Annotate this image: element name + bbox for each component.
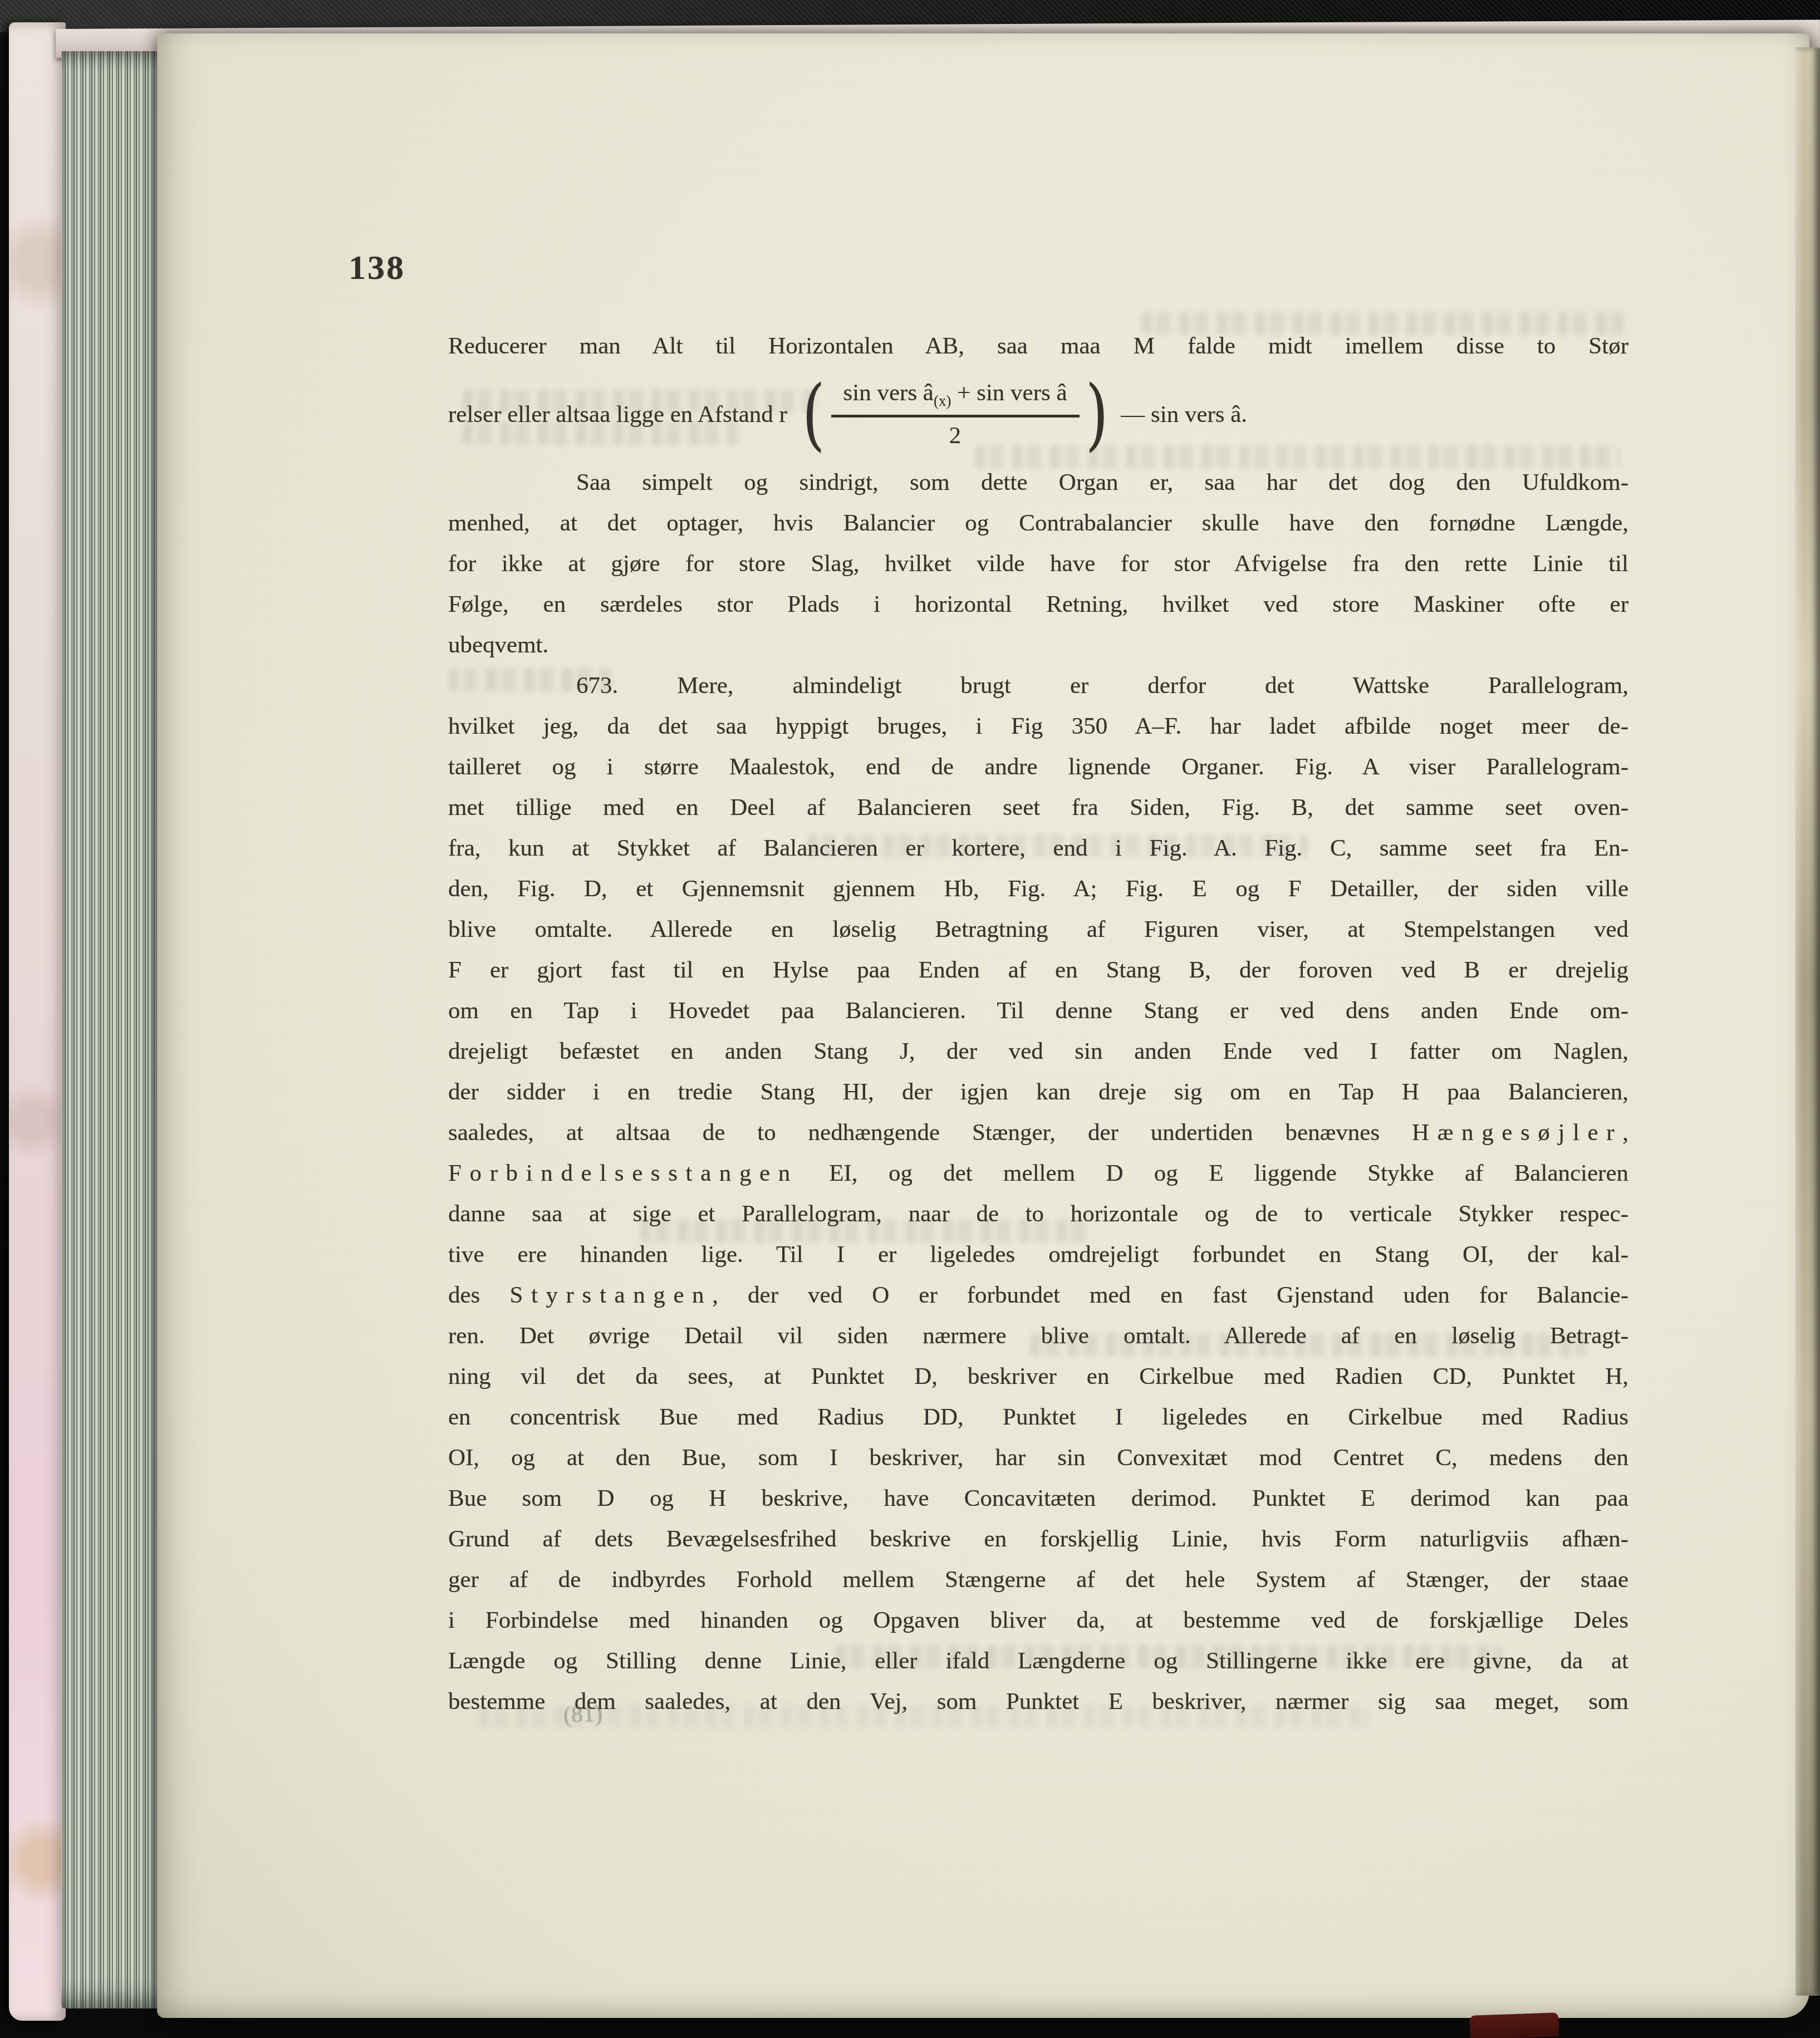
book-cover-edge-left (9, 22, 66, 2021)
text-segment: Forbindelsesstangen (448, 1160, 798, 1186)
formula-suffix: — sin vers â. (1121, 401, 1247, 428)
text-segment: ubeqvemt. (448, 632, 548, 658)
text-segment: den, Fig. D, et Gjennemsnit gjennem Hb, … (448, 876, 1628, 902)
text-line: menhed, at det optager, hvis Balancier o… (448, 503, 1628, 543)
text-segment: danne saa at sige et Parallelogram, naar… (448, 1201, 1628, 1227)
text-line: danne saa at sige et Parallelogram, naar… (448, 1194, 1628, 1234)
fraction-numerator: sin vers â(x) + sin vers â (831, 379, 1080, 418)
text-line: F er gjort fast til en Hylse paa Enden a… (448, 950, 1628, 990)
text-line: 673. Mere, almindeligt brugt er derfor d… (448, 665, 1628, 706)
text-segment: OI, og at den Bue, som I beskriver, har … (448, 1445, 1628, 1471)
text-line: for ikke at gjøre for store Slag, hvilke… (448, 543, 1628, 584)
text-line: bestemme dem saaledes, at den Vej, som P… (448, 1681, 1628, 1722)
text-segment: 673. Mere, almindeligt brugt er derfor d… (576, 672, 1628, 699)
text-line: drejeligt befæstet en anden Stang J, der… (448, 1031, 1628, 1072)
text-segment: ning vil det da sees, at Punktet D, besk… (448, 1363, 1628, 1389)
bookmark-ribbon (1469, 2012, 1559, 2038)
text-segment: blive omtalte. Allerede en løselig Betra… (448, 916, 1628, 942)
text-segment: Saa simpelt og sindrigt, som dette Organ… (576, 469, 1628, 495)
text-line: Følge, en særdeles stor Plads i horizont… (448, 584, 1628, 625)
text-line: tive ere hinanden lige. Til I er ligeled… (448, 1234, 1628, 1275)
text-line: i Forbindelse med hinanden og Opgaven bl… (448, 1600, 1628, 1641)
text-line: Længde og Stilling denne Linie, eller if… (448, 1641, 1628, 1681)
text-line: Forbindelsesstangen EI, og det mellem D … (448, 1153, 1628, 1194)
text-block: Reducerer man Alt til Horizontalen AB, s… (448, 326, 1628, 1722)
show-through-mark: (81) (563, 1700, 603, 1729)
text-segment: Bue som D og H beskrive, have Concavitæt… (448, 1485, 1628, 1511)
text-segment: F er gjort fast til en Hylse paa Enden a… (448, 957, 1628, 983)
page-number: 138 (349, 248, 405, 288)
text-segment: der sidder i en tredie Stang HI, der igj… (448, 1079, 1628, 1105)
open-paren: ( (802, 381, 825, 448)
text-line: saaledes, at altsaa de to nedhængende St… (448, 1112, 1628, 1153)
text-line: Grund af dets Bevægelsesfrihed beskrive … (448, 1519, 1628, 1559)
text-segment: om en Tap i Hovedet paa Balancieren. Til… (448, 998, 1628, 1024)
text-line: des Styrstangen, der ved O er forbundet … (448, 1275, 1628, 1315)
text-segment: saaledes, at altsaa de to nedhængende St… (448, 1119, 1412, 1146)
text-segment: en concentrisk Bue med Radius DD, Punkte… (448, 1404, 1628, 1430)
book-photo: 138 Reducerer man Alt til Horizontalen A… (0, 0, 1820, 2038)
text-segment: i Forbindelse med hinanden og Opgaven bl… (448, 1607, 1628, 1633)
close-paren: ) (1085, 381, 1108, 448)
text-segment: Længde og Stilling denne Linie, eller if… (448, 1648, 1628, 1674)
text-segment: des (448, 1282, 509, 1308)
text-line: tailleret og i større Maalestok, end de … (448, 747, 1628, 787)
text-line: ubeqvemt. (448, 625, 1628, 665)
text-line: fra, kun at Stykket af Balancieren er ko… (448, 828, 1628, 868)
text-line: Bue som D og H beskrive, have Concavitæt… (448, 1478, 1628, 1519)
numerator-subscript: (x) (934, 392, 951, 409)
text-line: hvilket jeg, da det saa hyppigt bruges, … (448, 706, 1628, 747)
text-segment: menhed, at det optager, hvis Balancier o… (448, 510, 1628, 536)
text-segment: drejeligt befæstet en anden Stang J, der… (448, 1038, 1628, 1064)
text-segment: Følge, en særdeles stor Plads i horizont… (448, 591, 1628, 617)
text-segment: tive ere hinanden lige. Til I er ligeled… (448, 1241, 1628, 1268)
text-line: en concentrisk Bue med Radius DD, Punkte… (448, 1397, 1628, 1437)
page-fore-edge-right (1796, 47, 1820, 1996)
text-line: OI, og at den Bue, som I beskriver, har … (448, 1437, 1628, 1478)
fraction-denominator: 2 (949, 418, 961, 449)
text-line: Saa simpelt og sindrigt, som dette Organ… (448, 462, 1628, 503)
text-line: ren. Det øvrige Detail vil siden nærmere… (448, 1315, 1628, 1356)
text-segment: ren. Det øvrige Detail vil siden nærmere… (448, 1323, 1628, 1349)
text-segment: Grund af dets Bevægelsesfrihed beskrive … (448, 1526, 1628, 1552)
page-stack-fore-edge (61, 51, 160, 2008)
formula-prefix: relser eller altsaa ligge en Afstand r (448, 401, 787, 428)
fraction: sin vers â(x) + sin vers â2 (831, 379, 1080, 450)
text-line: om en Tap i Hovedet paa Balancieren. Til… (448, 990, 1628, 1031)
text-line: den, Fig. D, et Gjennemsnit gjennem Hb, … (448, 868, 1628, 909)
text-line: blive omtalte. Allerede en løselig Betra… (448, 909, 1628, 950)
text-segment: EI, og det mellem D og E liggende Stykke… (798, 1160, 1628, 1186)
text-segment: Styrstangen (509, 1282, 712, 1308)
text-segment: tailleret og i større Maalestok, end de … (448, 754, 1628, 780)
text-segment: ger af de indbyrdes Forhold mellem Stæng… (448, 1566, 1628, 1593)
text-segment: for ikke at gjøre for store Slag, hvilke… (448, 551, 1628, 577)
text-line: Reducerer man Alt til Horizontalen AB, s… (448, 326, 1628, 366)
text-segment: fra, kun at Stykket af Balancieren er ko… (448, 835, 1628, 861)
text-line: der sidder i en tredie Stang HI, der igj… (448, 1072, 1628, 1112)
text-line: met tillige med en Deel af Balancieren s… (448, 787, 1628, 828)
text-segment: Reducerer man Alt til Horizontalen AB, s… (448, 333, 1628, 359)
text-line: ning vil det da sees, at Punktet D, besk… (448, 1356, 1628, 1397)
text-segment: met tillige med en Deel af Balancieren s… (448, 794, 1628, 821)
text-line: ger af de indbyrdes Forhold mellem Stæng… (448, 1559, 1628, 1600)
text-segment: hvilket jeg, da det saa hyppigt bruges, … (448, 713, 1628, 739)
text-segment: Hængesøjler (1412, 1119, 1622, 1146)
text-segment: , (1622, 1119, 1628, 1146)
text-segment: , der ved O er forbundet med en fast Gje… (712, 1282, 1628, 1308)
formula-line: relser eller altsaa ligge en Afstand r(s… (448, 366, 1628, 462)
text-segment: bestemme dem saaledes, at den Vej, som P… (448, 1688, 1628, 1715)
